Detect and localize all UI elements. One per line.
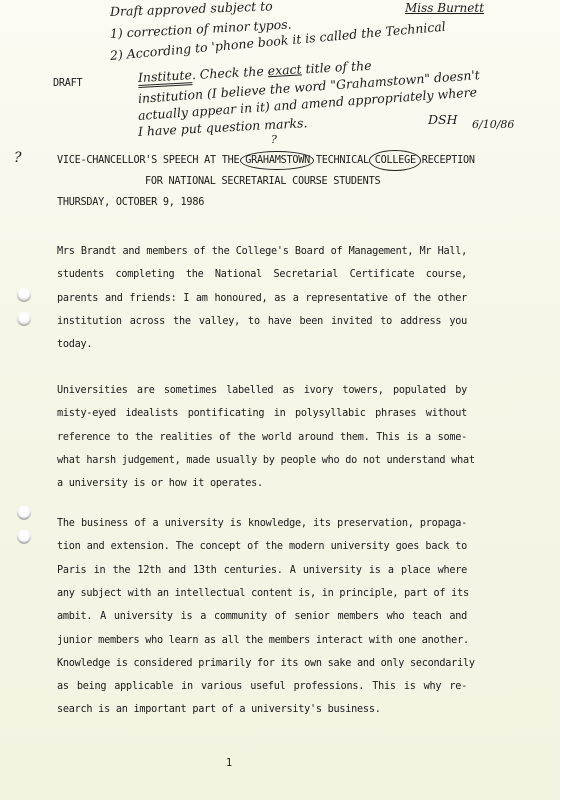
inline-question-mark: ? — [271, 133, 277, 146]
speech-title: VICE-CHANCELLOR'S SPEECH AT THE GRAHAMST… — [57, 155, 475, 166]
punch-hole — [17, 530, 31, 544]
paragraph-line: as being applicable in various useful pr… — [57, 681, 467, 692]
circled-word-grahamstown: GRAHAMSTOWN — [245, 155, 310, 166]
paragraph-line: students completing the National Secreta… — [57, 269, 467, 280]
paragraph-line: a university is or how it operates. — [57, 478, 467, 489]
paragraph-line: ambit. A university is a community of se… — [57, 611, 467, 622]
paragraph-line: junior members who learn as all the memb… — [57, 635, 467, 646]
paragraph-line: Mrs Brandt and members of the College's … — [57, 246, 467, 257]
paragraph-line: Universities are sometimes labelled as i… — [57, 385, 467, 396]
signature: DSH — [428, 112, 458, 127]
signature-date: 6/10/86 — [472, 118, 514, 131]
paragraph-line: what harsh judgement, made usually by pe… — [57, 455, 467, 466]
paragraph-line: any subject with an intellectual content… — [57, 588, 467, 599]
page-number: 1 — [226, 758, 232, 769]
note-text: . Check the — [191, 63, 268, 82]
title-text: VICE-CHANCELLOR'S SPEECH AT THE — [57, 155, 245, 166]
punch-hole — [17, 312, 31, 326]
paragraph-line: Paris in the 12th and 13th centuries. A … — [57, 565, 467, 576]
paragraph-line: Knowledge is considered primarily for it… — [57, 658, 467, 669]
margin-question-mark: ? — [14, 150, 22, 166]
punch-hole — [17, 288, 31, 302]
circled-word-college: COLLEGE — [375, 155, 416, 166]
note-exact-word: exact — [267, 61, 302, 78]
paragraph-line: misty-eyed idealists pontificating in po… — [57, 408, 467, 419]
note-institute-word: Institute — [138, 67, 193, 88]
paragraph-line: parents and friends: I am honoured, as a… — [57, 293, 467, 304]
paragraph-line: institution across the valley, to have b… — [57, 316, 467, 327]
punch-hole — [17, 506, 31, 520]
note-text: title of the — [301, 58, 372, 77]
paragraph-line: search is an important part of a univers… — [57, 704, 467, 715]
paragraph-line: today. — [57, 339, 467, 350]
title-text: TECHNICAL — [310, 155, 375, 166]
annotation-circle — [369, 150, 421, 171]
note-heading: Draft approved subject to — [110, 0, 273, 19]
speech-date: THURSDAY, OCTOBER 9, 1986 — [57, 197, 204, 208]
paragraph-line: tion and extension. The concept of the m… — [57, 541, 467, 552]
paragraph-line: The business of a university is knowledg… — [57, 518, 467, 529]
recipient-annotation: Miss Burnett — [405, 1, 484, 15]
speech-subtitle: FOR NATIONAL SECRETARIAL COURSE STUDENTS — [145, 176, 380, 187]
document-page: Miss Burnett Draft approved subject to 1… — [0, 0, 560, 800]
title-text: RECEPTION — [416, 155, 475, 166]
draft-label: DRAFT — [53, 78, 82, 89]
paragraph-line: reference to the realities of the world … — [57, 432, 467, 443]
annotation-circle — [240, 151, 314, 170]
